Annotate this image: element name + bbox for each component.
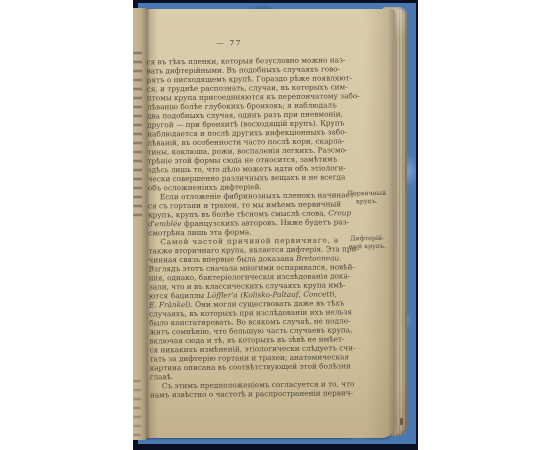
book-page: — 77 ся въ тѣхъ пленки, которыя безуслов… (143, 9, 395, 438)
text-block: ся въ тѣхъ пленки, которыя безусловно мо… (146, 55, 338, 399)
page-content: — 77 ся въ тѣхъ пленки, которыя безуслов… (146, 7, 390, 429)
fore-edge-mark (400, 418, 403, 425)
left-page-text-fragments (133, 380, 141, 442)
margin-note-1: Первичныйкрупъ. (340, 190, 394, 207)
left-page-text-fragments (133, 52, 142, 222)
page-number: — 77 (146, 38, 312, 49)
text-line-38: намъ извѣстно о частотѣ и распространені… (150, 388, 338, 399)
book-gutter (133, 8, 150, 440)
margin-note-2: Дифтерій-ный крупъ. (340, 235, 394, 252)
book-photo: — 77 ся въ тѣхъ пленки, которыя безуслов… (133, 0, 418, 450)
